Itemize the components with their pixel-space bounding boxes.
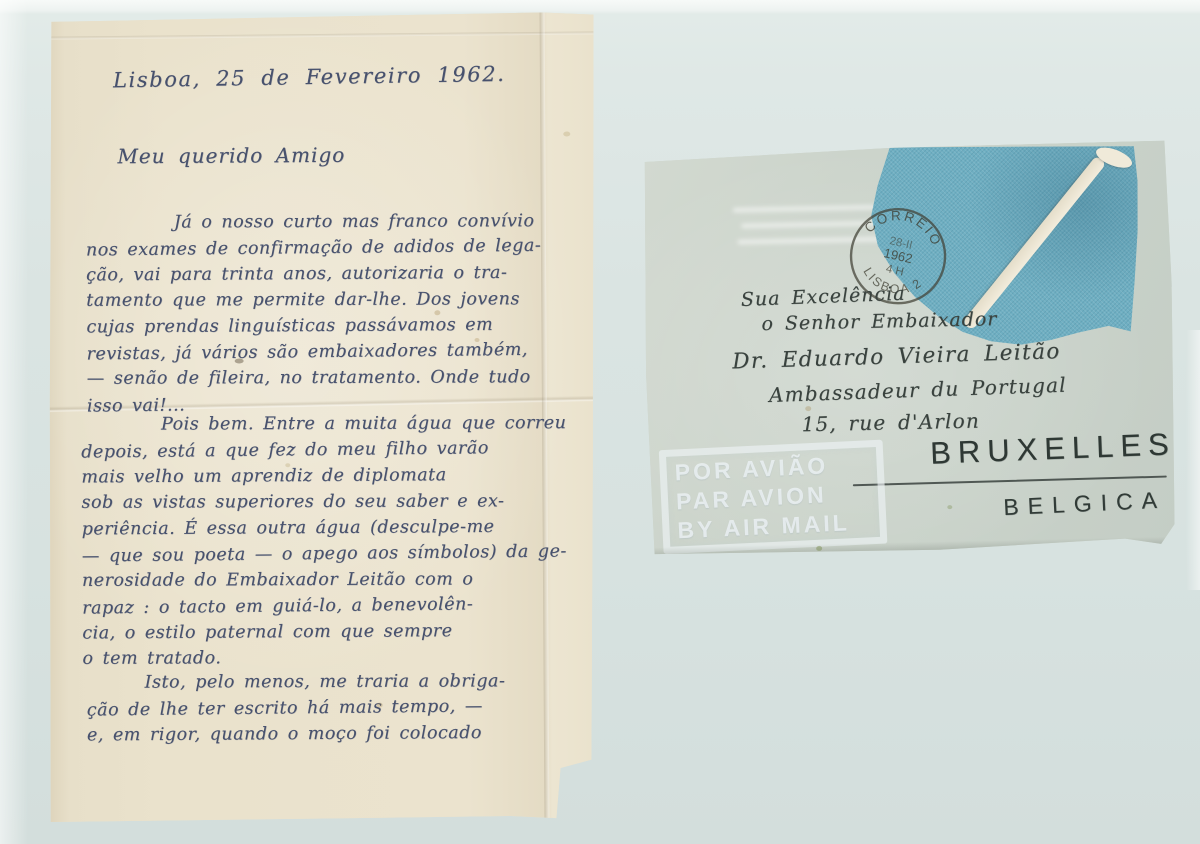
- address-line-honorific: Sua Excelência: [741, 283, 906, 311]
- foxing-spot: [285, 463, 290, 467]
- letter-line: periência. É essa outra água (desculpe-m…: [82, 513, 574, 542]
- letter-line: ção de lhe ter escrito há mais tempo, —: [87, 692, 575, 723]
- letter-line: Já o nosso curto mas franco convívio: [86, 208, 572, 236]
- postmark-hour: 4 H: [885, 263, 905, 279]
- foxing-spot: [805, 406, 811, 411]
- letter-line: depois, está a que fez do meu filho varã…: [81, 434, 573, 465]
- address-line-role: Ambassadeur du Portugal: [769, 373, 1068, 407]
- letter-line: Isto, pelo menos, me traria a obriga-: [87, 668, 575, 696]
- letter-line: ção, vai para trinta anos, autorizaria o…: [86, 259, 572, 288]
- letter-line: nerosidade do Embaixador Leitão com o: [82, 566, 574, 594]
- letter-line: tamento que me permite dar-lhe. Dos jove…: [86, 286, 572, 314]
- address-line-street: 15, rue d'Arlon: [801, 409, 980, 437]
- letter-line: cujas prendas linguísticas passávamos em: [86, 311, 572, 340]
- letter-line: rapaz : o tacto em guiá-lo, a benevolên-: [82, 590, 574, 621]
- foxing-spot: [475, 338, 480, 342]
- airmail-imprint: POR AVIÃO PAR AVION BY AIR MAIL: [659, 440, 888, 554]
- foxing-spot: [377, 703, 383, 708]
- photo-stage: Lisboa, 25 de Fevereiro 1962. Meu querid…: [0, 0, 1200, 844]
- letter-paragraph-1: Já o nosso curto mas franco convívio nos…: [86, 207, 573, 418]
- address-city: BRUXELLES: [930, 426, 1177, 471]
- letter-line: — que sou poeta — o apego aos símbolos) …: [82, 538, 574, 569]
- envelope: CORREIO 28-II 1962 4 H LISBOA 2 Sua Exce…: [640, 140, 1178, 557]
- letter-line: sob as vistas superiores do seu saber e …: [81, 488, 573, 516]
- address-line-name: Dr. Eduardo Vieira Leitão: [732, 339, 1061, 374]
- letter-line: — senão de fileira, no tratamento. Onde …: [87, 364, 573, 392]
- letter-line: cia, o estilo paternal com que sempre: [82, 617, 574, 646]
- address-country: BELGICA: [1003, 487, 1167, 522]
- letter-line: mais velho um aprendiz de diplomata: [81, 461, 573, 490]
- letter-date: Lisboa, 25 de Fevereiro 1962.: [113, 62, 506, 93]
- letter-sheet: Lisboa, 25 de Fevereiro 1962. Meu querid…: [43, 11, 600, 823]
- speck: [947, 505, 952, 509]
- letter-top-fold-crease: [43, 31, 595, 39]
- city-underline: [853, 476, 1167, 487]
- ink-smudge: [235, 358, 244, 363]
- letter-paragraph-3: Isto, pelo menos, me traria a obriga- çã…: [87, 667, 575, 748]
- letter-line: e, em rigor, quando o moço foi colocado: [87, 719, 575, 748]
- letter-line: Pois bem. Entre a muita água que correu: [81, 410, 573, 438]
- letter-line: revistas, já vários são embaixadores tam…: [86, 336, 572, 367]
- letter-line: nos exames de confirmação de adidos de l…: [86, 232, 572, 263]
- foxing-spot: [563, 131, 570, 136]
- letter-paragraph-2: Pois bem. Entre a muita água que correu …: [81, 409, 575, 672]
- foxing-spot: [434, 310, 440, 315]
- letter-salutation: Meu querido Amigo: [117, 143, 345, 168]
